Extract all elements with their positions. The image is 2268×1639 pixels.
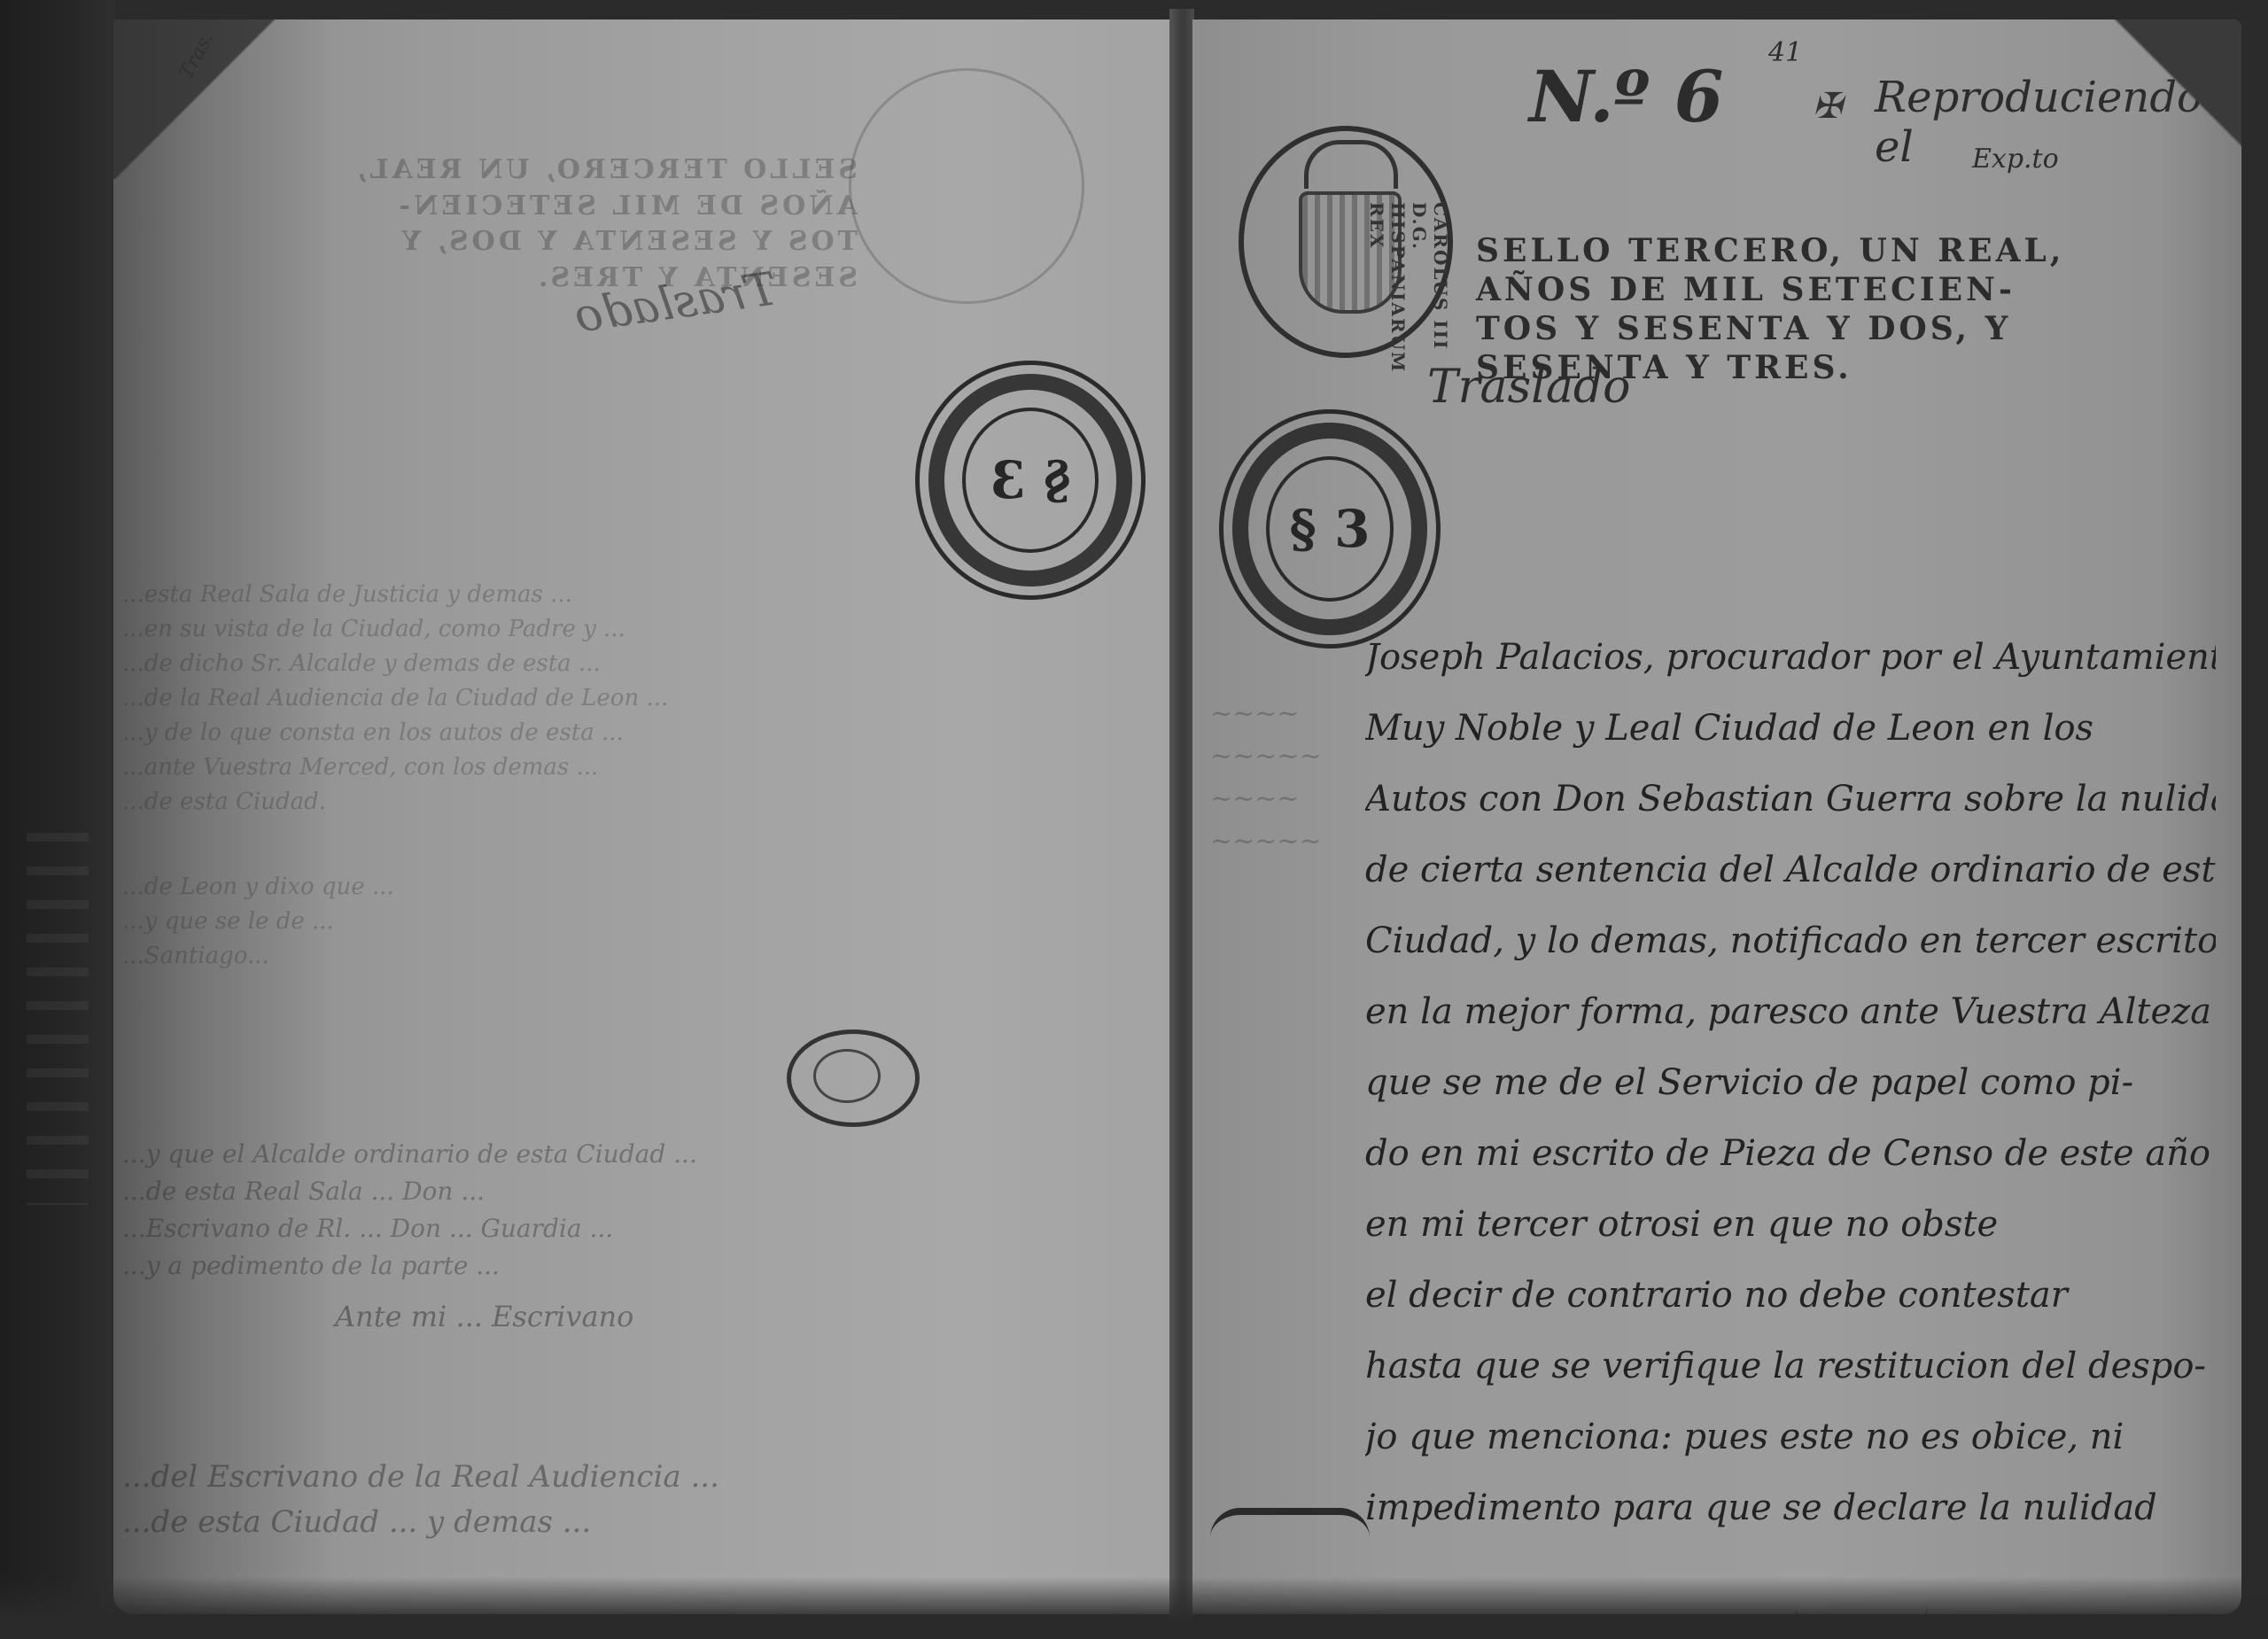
- bottom-frame: [0, 1577, 2268, 1639]
- hand-line: en mi tercer otrosi en que no obste: [1365, 1189, 2216, 1260]
- hand-line: Muy Noble y Leal Ciudad de Leon en los: [1365, 693, 2216, 764]
- stamp-center: § 3: [962, 408, 1099, 553]
- mirrored-stamp: § 3: [915, 361, 1146, 600]
- ghost-text-block: ...esta Real Sala de Justicia y demas ..…: [122, 578, 1008, 819]
- handwritten-body: Joseph Palacios, procurador por el Ayunt…: [1365, 622, 2216, 1543]
- traslado-annotation: Traslado: [1427, 361, 1630, 414]
- binding-gutter: [1169, 9, 1194, 1630]
- section-stamp: § 3: [1219, 409, 1441, 649]
- stamp-center: § 3: [1266, 456, 1394, 602]
- hand-line: Autos con Don Sebastian Guerra sobre la …: [1365, 764, 2216, 835]
- printed-header-line: SELLO TERCERO, UN REAL,: [1476, 232, 2149, 271]
- header-annotation: Reproduciendo el: [1875, 73, 2241, 172]
- hand-line: hasta que se verifique la restitucion de…: [1365, 1331, 2216, 1402]
- ghost-seal-outline: [849, 68, 1084, 304]
- left-page: Tras. SELLO TERCERO, UN REAL, AÑOS DE MI…: [113, 19, 1177, 1614]
- folio-number: 41: [1768, 37, 1802, 68]
- spiral-flourish-inner: [813, 1049, 881, 1103]
- right-page: N.º 6 41 ✠ Reproduciendo el Exp.to CAROL…: [1192, 19, 2241, 1614]
- hand-line: do en mi escrito de Pieza de Censo de es…: [1365, 1118, 2216, 1189]
- ink-flourish: [1210, 1508, 1370, 1538]
- ghost-text-block: ...del Escrivano de la Real Audiencia ..…: [122, 1455, 1008, 1545]
- seal-legend: CAROLUS III D.G. HISPANIARUM REX: [1366, 202, 1451, 373]
- folded-corner: [113, 19, 308, 179]
- folio-mark: N.º 6: [1529, 55, 1723, 138]
- ghost-signature-line: Ante mi ... Escrivano: [335, 1295, 955, 1338]
- printed-header-line: AÑOS DE MIL SETECIEN-: [1476, 271, 2149, 310]
- hand-line: Joseph Palacios, procurador por el Ayunt…: [1365, 622, 2216, 693]
- ghost-text-block: ...de Leon y dixo que ... ...y que se le…: [122, 870, 1008, 974]
- film-edge: [0, 0, 115, 1639]
- cross-mark-icon: ✠: [1813, 86, 1843, 127]
- microfilm-scan: Tras. SELLO TERCERO, UN REAL, AÑOS DE MI…: [0, 0, 2268, 1639]
- hand-line: jo que menciona: pues este no es obice, …: [1365, 1402, 2216, 1472]
- printed-header-line: TOS Y SESENTA Y DOS, Y: [1476, 310, 2149, 349]
- royal-seal: CAROLUS III D.G. HISPANIARUM REX: [1239, 126, 1453, 358]
- hand-line: el decir de contrario no debe contestar: [1365, 1260, 2216, 1331]
- header-annotation-sub: Exp.to: [1972, 144, 2059, 175]
- hand-line: de cierta sentencia del Alcalde ordinari…: [1365, 835, 2216, 905]
- corner-note: Tras.: [175, 28, 219, 83]
- section-sign-icon: § 3: [990, 450, 1071, 510]
- hand-line: impedimento para que se declare la nulid…: [1365, 1472, 2216, 1543]
- ghost-text-block: ...y que el Alcalde ordinario de esta Ci…: [122, 1136, 1008, 1285]
- hand-line: que se me de el Servicio de papel como p…: [1365, 1047, 2216, 1118]
- film-edge-markings: [27, 833, 89, 1205]
- section-sign-icon: § 3: [1290, 499, 1371, 559]
- hand-line: en la mejor forma, paresco ante Vuestra …: [1365, 976, 2216, 1047]
- margin-ghost-text: ~~~~ ~~~~~ ~~~~ ~~~~~: [1210, 693, 1361, 863]
- crown-icon: [1304, 140, 1398, 189]
- hand-line: Ciudad, y lo demas, notificado en tercer…: [1365, 905, 2216, 976]
